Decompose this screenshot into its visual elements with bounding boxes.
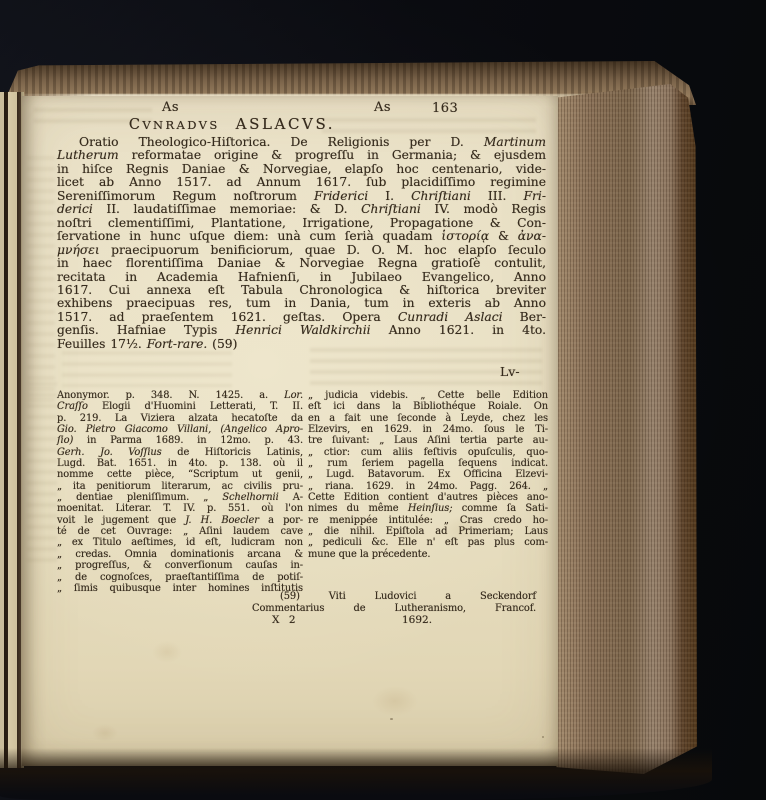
text-line: „ riana. 1629. in 24mo. Pagg. 264. „ bbox=[308, 481, 548, 492]
photo-background: As As 163 Cvnradvs ASLACVS. Oratio Theol… bbox=[0, 0, 766, 800]
text-line: eſt ici dans la Bibliothéque Roiale. On bbox=[308, 401, 548, 412]
ink-fleck bbox=[390, 718, 393, 720]
article-title: Cvnradvs ASLACVS. bbox=[22, 115, 442, 133]
text-line: 1617. Cui annexa eſt Tabula Chronologica… bbox=[57, 284, 546, 297]
running-header-right: As bbox=[374, 100, 391, 115]
foxing-spot bbox=[92, 724, 118, 742]
text-line: Feuilles 17½. Fort-rare. (59) bbox=[57, 338, 546, 351]
text-line: „ ita penitiorum literarum, ac civilis p… bbox=[57, 481, 303, 492]
text-line: Commentarius de Lutheranismo, Francof. bbox=[252, 603, 536, 615]
text-line: „ ex Titulo aeſtimes, id eſt, ludicram n… bbox=[57, 537, 303, 548]
book-bottom-shadow bbox=[0, 748, 712, 800]
footnote-59: (59) Viti Ludovici a SeckendorfCommentar… bbox=[252, 591, 536, 614]
text-line: 1517. ad praeſentem 1621. geſtas. Opera … bbox=[57, 311, 546, 324]
text-line: Oratio Theologico-Hiſtorica. De Religion… bbox=[57, 136, 546, 149]
article-title-surname: ASLACVS. bbox=[236, 115, 336, 133]
text-line: tre ſuivant: „ Laus Aſini tertia parte a… bbox=[308, 435, 548, 446]
text-line: re menippée intitulée: „ Cras credo ho- bbox=[308, 515, 548, 526]
text-line: nimes du même Heinſius; comme ſa Sati- bbox=[308, 503, 548, 514]
text-line: licet ab Anno 1517. ad Annum 1617. ſub p… bbox=[57, 176, 546, 189]
text-line: en a fait une ſeconde à Leyde, chez les bbox=[308, 413, 548, 424]
text-line: nomme cette pièce, “Scriptum ut genii, bbox=[57, 469, 303, 480]
text-line: Gio. Pietro Giacomo Villani, (Angelico A… bbox=[57, 424, 303, 435]
foxing-spot bbox=[372, 686, 418, 716]
text-line: „ progreſſus, & converſionum cauſas in- bbox=[57, 560, 303, 571]
text-line: in hiſce Regnis Daniae & Norvegiae, elap… bbox=[57, 163, 546, 176]
note-column-right: „ judicia videbis. „ Cette belle Edition… bbox=[308, 390, 548, 560]
text-line: Lugd. Bat. 1651. in 4to. p. 138. où il bbox=[57, 458, 303, 469]
ink-fleck bbox=[542, 736, 544, 738]
book-gutter-pages bbox=[0, 92, 24, 768]
text-line: „ rum ſeriem pagella ſequens indicat. bbox=[308, 458, 548, 469]
text-line: té de cet Ouvrage: „ Aſini laudem cave bbox=[57, 526, 303, 537]
text-line: recitata in Academia Hafnienſi, in Jubil… bbox=[57, 271, 546, 284]
main-paragraph: Oratio Theologico-Hiſtorica. De Religion… bbox=[57, 136, 546, 351]
showthrough-smudge bbox=[27, 382, 57, 567]
signature-line: X 2 1692. bbox=[252, 614, 536, 627]
page-number: 163 bbox=[432, 101, 458, 116]
text-line: moenitat. Literar. T. IV. p. 551. où l'o… bbox=[57, 503, 303, 514]
text-line: Anonymor. p. 348. N. 1425. a. Lor. bbox=[57, 390, 303, 401]
text-line: ſio) in Parma 1689. in 12mo. p. 43. bbox=[57, 435, 303, 446]
text-line: p. 219. La Viziera alzata hecatoſte da bbox=[57, 413, 303, 424]
text-line: „ judicia videbis. „ Cette belle Edition bbox=[308, 390, 548, 401]
running-header-left: As bbox=[162, 100, 179, 115]
text-line: Gerh. Jo. Voſſius de Hiſtoricis Latinis, bbox=[57, 447, 303, 458]
book-fore-edge bbox=[552, 84, 700, 774]
text-line: „ dentiae pleniſſimum. „ Schelhornii A- bbox=[57, 492, 303, 503]
text-line: Craſſo Elogii d'Huomini Letterati, T. II… bbox=[57, 401, 303, 412]
text-line: Elzevirs, en 1629. in 24mo. ſous le Ti- bbox=[308, 424, 548, 435]
text-line: Lutherum reformatae origine & progreſſu … bbox=[57, 149, 546, 162]
showthrough-smudge bbox=[62, 351, 232, 387]
gathering-signature: X 2 bbox=[272, 614, 299, 626]
text-line: Cette Edition contient d'autres pièces a… bbox=[308, 492, 548, 503]
article-title-forename: Cvnradvs bbox=[129, 117, 220, 133]
note-column-left: Anonymor. p. 348. N. 1425. a. Lor.Craſſo… bbox=[57, 390, 303, 594]
text-line: derici II. laudatiſſimae memoriae: & D. … bbox=[57, 203, 546, 216]
text-line: mune que la précedente. bbox=[308, 549, 548, 560]
text-line: „ de cognoſces, praeſtantiſſima de potiſ… bbox=[57, 572, 303, 583]
text-line: „ die nihil. Epiſtola ad Primeriam; Laus bbox=[308, 526, 548, 537]
text-line: „ ctior: cum aliis feſtivis opuſculis, q… bbox=[308, 447, 548, 458]
text-line: „ credas. Omnia dominationis arcana & bbox=[57, 549, 303, 560]
text-line: genſis. Hafniae Typis Henrici Waldkirchi… bbox=[57, 324, 546, 337]
showthrough-smudge bbox=[27, 156, 55, 406]
catchword: Lv- bbox=[500, 364, 520, 379]
book-page: As As 163 Cvnradvs ASLACVS. Oratio Theol… bbox=[22, 96, 558, 766]
text-line: „ pediculi &c. Elle n' eſt pas plus com- bbox=[308, 537, 548, 548]
text-line: exhibens praecipuas res, tum in Dania, t… bbox=[57, 297, 546, 310]
text-line: „ Lugd. Batavorum. Ex Officina Elzevi- bbox=[308, 469, 548, 480]
foxing-spot bbox=[152, 641, 182, 663]
text-line: ſervatione in hunc uſque diem: unà cum ſ… bbox=[57, 230, 546, 243]
text-line: voit le jugement que J. H. Boecler a por… bbox=[57, 515, 303, 526]
footnote-year: 1692. bbox=[402, 614, 432, 626]
text-line: in haec florentiſſima Daniae & Norvegiae… bbox=[57, 257, 546, 270]
text-line: (59) Viti Ludovici a Seckendorf bbox=[252, 591, 536, 603]
